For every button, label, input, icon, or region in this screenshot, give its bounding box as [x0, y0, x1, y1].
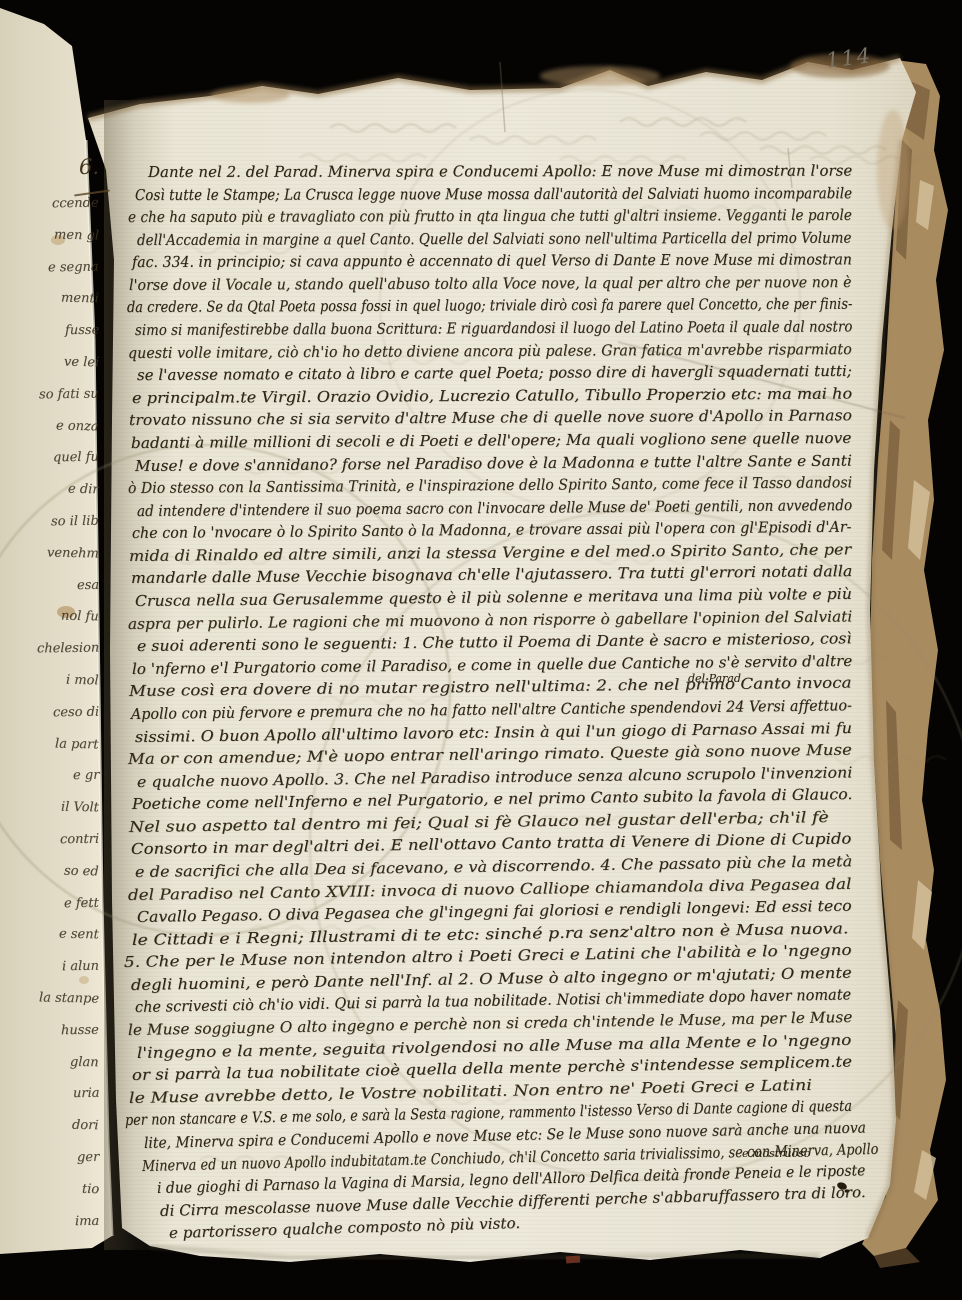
manuscript-line: Crusca nella sua Gerusalemme questo è il…: [135, 585, 852, 610]
manuscript-line: l'orse dove il Vocale u, stando quell'ab…: [129, 273, 852, 294]
interlinear-note: e mostruoso: [742, 1147, 810, 1160]
manuscript-line: fac. 334. in principio; si cava appunto …: [132, 251, 852, 272]
manuscript-line: ò Dio stesso con la Santissima Trinità, …: [128, 473, 852, 497]
manuscript-line: Muse! e dove s'annidano? forse nel Parad…: [135, 451, 852, 474]
manuscript-text-block: Dante nel 2. del Parad. Minerva spira e …: [0, 0, 962, 1300]
manuscript-line: dell'Accademia in margine a quel Canto. …: [137, 228, 852, 248]
manuscript-line: e partorissero qualche composto nò più v…: [169, 1214, 521, 1242]
manuscript-line: e che ha saputo più e travagliato con pi…: [128, 206, 852, 226]
manuscript-photo: ccendemen gle segnamentifusseve leiso fa…: [0, 0, 962, 1300]
manuscript-line: mida di Rinaldo ed altre simili, anzi la…: [129, 540, 852, 565]
manuscript-line: Apollo con più fervore e premura che no …: [131, 696, 852, 723]
manuscript-line: Dante nel 2. del Parad. Minerva spira e …: [148, 162, 852, 181]
manuscript-line: Così tutte le Stampe; La Crusca legge nu…: [135, 184, 852, 204]
manuscript-line: aspra per pulirlo. Le ragioni che mi muo…: [128, 607, 853, 633]
manuscript-line: se l'avesse nomato e citato à libro e ca…: [137, 362, 852, 384]
manuscript-line: da credere. Se da Qtal Poeta possa fossi…: [127, 295, 852, 316]
manuscript-line: badanti à mille millioni di secoli e di …: [131, 429, 852, 452]
manuscript-line: questi volle imitare, ciò ch'io ho detto…: [128, 340, 852, 362]
manuscript-line: mandarle dalle Muse Vecchie bisognava ch…: [131, 562, 853, 587]
manuscript-line: simo si manifestirebbe dalla buona Scrit…: [135, 317, 852, 339]
manuscript-line: e principalm.te Virgil. Orazio Ovidio, L…: [132, 384, 852, 407]
manuscript-line: che con lo 'nvocare ò lo Spirito Santo ò…: [132, 518, 852, 542]
manuscript-line: trovato nissuno che si sia servito d'alt…: [129, 407, 852, 430]
interlinear-note: del Parad.: [688, 672, 744, 685]
manuscript-line: ad intendere d'intendere il suo poema sa…: [137, 496, 852, 520]
manuscript-line: e suoi aderenti sono le seguenti: 1. Che…: [137, 629, 852, 655]
